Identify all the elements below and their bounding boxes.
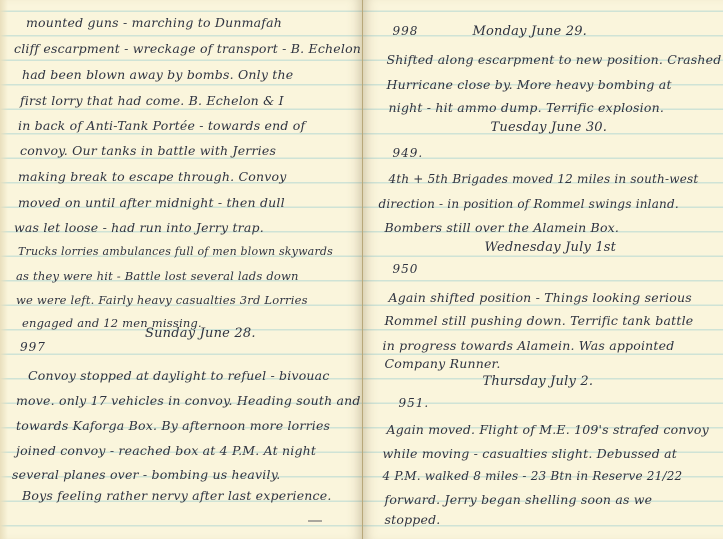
handwritten-line: making break to escape through. Convoy: [18, 169, 286, 184]
handwritten-line: several planes over - bombing us heavily…: [12, 467, 280, 482]
diary-spread: mounted guns - marching to Dunmafah clif…: [0, 0, 723, 539]
handwritten-line: Bombers still over the Alamein Box.: [385, 220, 620, 235]
handwritten-line: stopped.: [385, 512, 441, 527]
handwritten-line: forward. Jerry began shelling soon as we: [385, 492, 653, 507]
entry-date: Thursday July 2.: [483, 374, 594, 389]
ink-mark: [308, 520, 322, 522]
entry-date: Sunday June 28.: [145, 326, 256, 341]
entry-date: Wednesday July 1st: [485, 240, 617, 255]
handwritten-line: move. only 17 vehicles in convoy. Headin…: [16, 393, 361, 408]
entry-date: Monday June 29.: [473, 24, 588, 39]
handwritten-line: direction - in position of Rommel swings…: [379, 197, 679, 211]
entry-number: 951.: [399, 396, 430, 410]
handwritten-line: Trucks lorries ambulances full of men bl…: [18, 245, 333, 258]
right-page: 998 Monday June 29. Shifted along escarp…: [363, 0, 723, 539]
handwritten-line: cliff escarpment - wreckage of transport…: [14, 41, 361, 56]
handwritten-line: was let loose - had run into Jerry trap.: [14, 220, 264, 235]
handwritten-line: convoy. Our tanks in battle with Jerries: [20, 143, 276, 158]
entry-number: 950: [393, 262, 419, 276]
handwritten-line: we were left. Fairly heavy casualties 3r…: [16, 293, 308, 307]
handwritten-line: towards Kaforga Box. By afternoon more l…: [16, 418, 330, 433]
handwritten-line: moved on until after midnight - then dul…: [18, 195, 285, 210]
handwritten-line: Boys feeling rather nervy after last exp…: [22, 488, 332, 503]
handwritten-line: Rommel still pushing down. Terrific tank…: [385, 313, 694, 328]
handwritten-line: Shifted along escarpment to new position…: [387, 52, 722, 67]
handwritten-line: while moving - casualties slight. Debuss…: [383, 446, 678, 461]
handwritten-line: had been blown away by bombs. Only the: [22, 67, 293, 82]
handwritten-line: in back of Anti-Tank Portée - towards en…: [18, 118, 305, 133]
handwritten-line: Again moved. Flight of M.E. 109's strafe…: [387, 422, 709, 437]
handwritten-line: night - hit ammo dump. Terrific explosio…: [389, 100, 665, 115]
entry-number: 997: [20, 340, 46, 354]
handwritten-line: Hurricane close by. More heavy bombing a…: [387, 77, 672, 92]
left-page: mounted guns - marching to Dunmafah clif…: [0, 0, 362, 539]
handwritten-line: Convoy stopped at daylight to refuel - b…: [28, 368, 330, 383]
handwritten-line: 4th + 5th Brigades moved 12 miles in sou…: [389, 172, 699, 186]
handwritten-line: Company Runner.: [385, 356, 501, 371]
handwritten-line: in progress towards Alamein. Was appoint…: [383, 338, 675, 353]
entry-number: 949.: [393, 146, 424, 160]
entry-number: 998: [393, 24, 419, 38]
handwritten-line: joined convoy - reached box at 4 P.M. At…: [16, 443, 316, 458]
entry-date: Tuesday June 30.: [491, 120, 608, 135]
handwritten-line: 4 P.M. walked 8 miles - 23 Btn in Reserv…: [383, 469, 683, 483]
handwritten-line: Again shifted position - Things looking …: [389, 290, 692, 305]
handwritten-line: mounted guns - marching to Dunmafah: [26, 15, 282, 30]
handwritten-line: as they were hit - Battle lost several l…: [16, 269, 299, 283]
handwritten-line: first lorry that had come. B. Echelon & …: [20, 93, 284, 108]
